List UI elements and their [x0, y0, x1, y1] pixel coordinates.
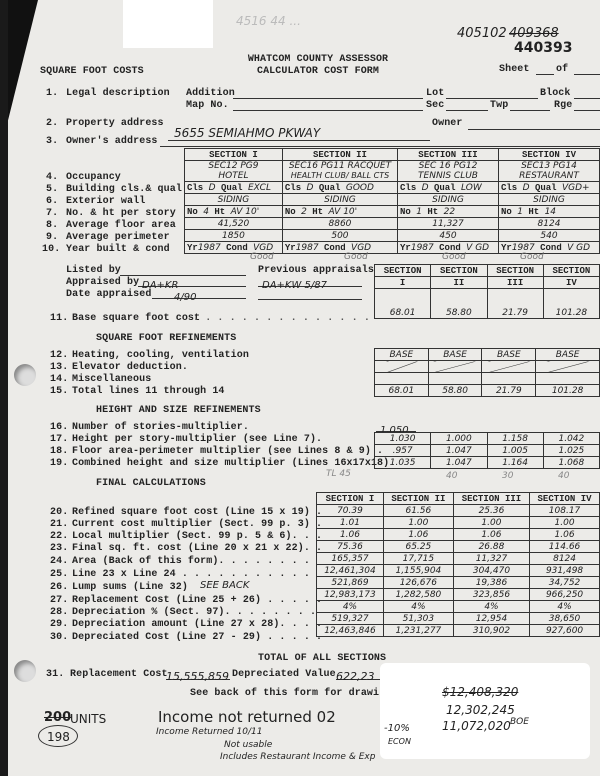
area-mult-cell-2[interactable]: 1.047: [431, 445, 487, 457]
form-title-line2: CALCULATOR COST FORM: [208, 66, 428, 77]
line-24-num: 24.: [50, 556, 68, 567]
final-calculations-table: SECTION I SECTION II SECTION III SECTION…: [316, 492, 600, 637]
perimeter-cell-3[interactable]: 450: [398, 230, 499, 242]
econ-adjustment: -10%: [384, 723, 410, 734]
final-cell[interactable]: 165,357: [317, 553, 384, 565]
height-size-title: HEIGHT AND SIZE REFINEMENTS: [96, 405, 261, 416]
binder-hole-icon: [14, 660, 36, 682]
area-mult-cell-3[interactable]: 1.005: [487, 445, 543, 457]
owner-label: Owner: [432, 118, 463, 129]
line-9-num: 9.: [46, 232, 58, 243]
property-address-field[interactable]: 5655 SEMIAHMO PKWAY: [168, 128, 430, 141]
final-cell[interactable]: 1.00: [383, 517, 453, 529]
total-cell-2[interactable]: 58.80: [428, 385, 482, 397]
base-sqft-cost-label: Base square foot cost: [72, 313, 200, 324]
occupancy-cell-2[interactable]: SEC16 PG11 RACQUETHEALTH CLUB/ BALL CTS: [282, 161, 397, 182]
depreciation-pct-label: Depreciation % (Sect. 97). . . . . . . .: [72, 607, 316, 618]
final-cell[interactable]: 12,463,846: [317, 625, 384, 637]
final-cell[interactable]: 61.56: [383, 505, 453, 517]
rge-field[interactable]: [574, 109, 600, 111]
previous-appraisals-field[interactable]: DA+KW 5/87: [258, 276, 362, 287]
sqft-header-top-4: SECTION: [543, 265, 599, 277]
base-cost-cell-2[interactable]: 58.80: [431, 289, 487, 319]
local-multiplier-label: Local multiplier (Sect. 99 p. 5 & 6). . …: [72, 531, 322, 542]
date-appraised-label: Date appraised: [66, 289, 151, 300]
total-cell-4[interactable]: 101.28: [536, 385, 600, 397]
addition-label: Addition: [186, 88, 235, 99]
section-4-header: SECTION IV: [499, 149, 600, 161]
stories-multiplier-label: Number of stories-multiplier.: [72, 422, 249, 433]
line-8-num: 8.: [46, 220, 58, 231]
final-header-1: SECTION I: [317, 493, 384, 505]
sqft-header-top-2: SECTION: [431, 265, 487, 277]
line-17-num: 17.: [50, 434, 68, 445]
exterior-wall-cell-3[interactable]: SIDING: [398, 194, 499, 206]
exterior-wall-cell-4[interactable]: SIDING: [499, 194, 600, 206]
year-built-label: Year built & cond: [66, 244, 170, 255]
twp-label: Twp: [490, 100, 508, 111]
area-mult-cell-1[interactable]: .957: [375, 445, 431, 457]
occupancy-cell-1[interactable]: SEC12 PG9HOTEL: [185, 161, 283, 182]
total-cell-3[interactable]: 21.79: [482, 385, 536, 397]
final-cell[interactable]: 51,303: [383, 613, 453, 625]
floor-area-cell-4[interactable]: 8124: [499, 218, 600, 230]
elevator-label: Elevator deduction.: [72, 362, 188, 373]
line-10-num: 10.: [42, 244, 60, 255]
value-boe: 11,072,020: [442, 719, 511, 733]
line-11-num: 11.: [50, 313, 68, 324]
final-cell[interactable]: 1,155,904: [383, 565, 453, 577]
line-31-num: 31.: [46, 669, 64, 680]
line-26-num: 26.: [50, 582, 68, 593]
sqft-header-bottom-2: II: [431, 277, 487, 289]
height-multiplier-label: Height per story-multiplier (see Line 7)…: [72, 434, 322, 445]
cond-annotation-3: Good: [442, 252, 466, 262]
block-field[interactable]: [574, 97, 600, 99]
assessor-form-page: 4516 44 ... 405102 409368 440393 WHATCOM…: [8, 0, 600, 776]
replacement-cost-label: Replacement Cost (Line 25 + 26) . . . . …: [72, 595, 322, 606]
line-21-num: 21.: [50, 519, 68, 530]
tl-annotation-4: 40: [558, 471, 569, 481]
line-29-num: 29.: [50, 619, 68, 630]
final-cell[interactable]: 4%: [530, 601, 600, 613]
account-number-struck: 409368: [509, 26, 559, 41]
line-23-num: 23.: [50, 543, 68, 554]
owner-address-label: Owner's address: [66, 136, 158, 147]
final-cell[interactable]: 1.06: [317, 529, 384, 541]
final-header-4: SECTION IV: [530, 493, 600, 505]
line-5-num: 5.: [46, 184, 58, 195]
final-cell[interactable]: 70.39: [317, 505, 384, 517]
perimeter-cell-2[interactable]: 500: [282, 230, 397, 242]
final-cell[interactable]: 1,231,277: [383, 625, 453, 637]
faint-note: 4516 44 ...: [236, 14, 301, 28]
listed-by-label: Listed by: [66, 265, 121, 276]
sqft-header-bottom-3: III: [487, 277, 543, 289]
line-27-num: 27.: [50, 595, 68, 606]
rge-label: Rge: [554, 100, 572, 111]
final-cell[interactable]: 1.00: [453, 517, 529, 529]
height-mult-cell-1[interactable]: 1.030: [375, 433, 431, 445]
final-cell[interactable]: 1,282,580: [383, 589, 453, 601]
hvac-cell-1[interactable]: BASE: [375, 349, 429, 361]
final-calculations-title: FINAL CALCULATIONS: [96, 478, 206, 489]
combined-mult-cell-2[interactable]: 1.047: [431, 457, 487, 469]
final-header-3: SECTION III: [453, 493, 529, 505]
form-title-line1: WHATCOM COUNTY ASSESSOR: [208, 54, 428, 65]
floor-area-label: Average floor area: [66, 220, 176, 231]
income-note-line3: Not usable: [224, 740, 272, 750]
income-note-line2: Income Returned 10/11: [156, 727, 262, 737]
map-no-field[interactable]: [233, 109, 423, 111]
final-cell[interactable]: 1.00: [530, 517, 600, 529]
line-1-num: 1.: [46, 88, 58, 99]
elevator-cell-2[interactable]: [428, 361, 482, 373]
line-28-num: 28.: [50, 607, 68, 618]
final-cell[interactable]: 1.06: [453, 529, 529, 541]
height-mult-cell-3[interactable]: 1.158: [487, 433, 543, 445]
property-address-label: Property address: [66, 118, 164, 129]
final-cell[interactable]: 966,250: [530, 589, 600, 601]
line-16-num: 16.: [50, 422, 68, 433]
line-15-num: 15.: [50, 386, 68, 397]
final-cell[interactable]: 1.06: [383, 529, 453, 541]
sheet-field[interactable]: [536, 73, 554, 75]
misc-cell-3[interactable]: [482, 373, 536, 385]
hvac-cell-2[interactable]: BASE: [428, 349, 482, 361]
final-cell[interactable]: 26.88: [453, 541, 529, 553]
exterior-wall-cell-1[interactable]: SIDING: [185, 194, 283, 206]
final-cell[interactable]: 521,869: [317, 577, 384, 589]
tl-annotation-1: TL 45: [326, 469, 351, 479]
height-mult-cell-2[interactable]: 1.000: [431, 433, 487, 445]
stories-label: No. & ht per story: [66, 208, 176, 219]
line-25-num: 25.: [50, 569, 68, 580]
left-header-label: SQUARE FOOT COSTS: [40, 66, 144, 77]
sqft-table: SECTION SECTION SECTION SECTION I II III…: [374, 264, 600, 319]
previous-appraisals-field-2[interactable]: [258, 298, 362, 300]
lump-sums-label: Lump sums (Line 32): [72, 582, 188, 593]
owner-address-field[interactable]: [160, 145, 600, 147]
account-number-current: 405102: [457, 26, 507, 41]
misc-cell-1[interactable]: [375, 373, 429, 385]
lot-field[interactable]: [446, 97, 538, 99]
line-22-num: 22.: [50, 531, 68, 542]
account-number-new: 440393: [514, 40, 572, 56]
refinements-table: BASE BASE BASE BASE 68.01 58.80 21.79 10…: [374, 348, 600, 397]
final-cell[interactable]: 1.01: [317, 517, 384, 529]
year-cond-cell-2[interactable]: Yr1987 Cond VGD: [282, 242, 397, 254]
addition-field[interactable]: [233, 97, 423, 99]
value-revised: 12,302,245: [446, 703, 515, 717]
depreciation-amount-label: Depreciation amount (Line 27 x 28). . . …: [72, 619, 322, 630]
hvac-cell-4[interactable]: BASE: [536, 349, 600, 361]
tl-annotation-3: 30: [502, 471, 513, 481]
total-cell-1[interactable]: 68.01: [375, 385, 429, 397]
sheet-label: Sheet: [499, 64, 530, 75]
section-3-header: SECTION III: [398, 149, 499, 161]
combined-mult-cell-3[interactable]: 1.164: [487, 457, 543, 469]
sticky-note: $12,408,320 12,302,245 11,072,020 BOE -1…: [380, 663, 590, 759]
sec-label: Sec: [426, 100, 444, 111]
value-struck: $12,408,320: [442, 685, 518, 699]
final-cell[interactable]: 8124: [530, 553, 600, 565]
cond-annotation-4: Good: [520, 252, 544, 262]
elevator-cell-3[interactable]: [482, 361, 536, 373]
occupancy-label: Occupancy: [66, 172, 121, 183]
sqft-refinements-title: SQUARE FOOT REFINEMENTS: [96, 333, 236, 344]
final-cell[interactable]: 65.25: [383, 541, 453, 553]
date-appraised-field[interactable]: 4/90: [152, 288, 246, 299]
final-sqft-cost-label: Final sq. ft. cost (Line 20 x 21 x 22). …: [72, 543, 322, 554]
line-14-num: 14.: [50, 374, 68, 385]
legal-description-label: Legal description: [66, 88, 170, 99]
units-label: UNITS: [70, 712, 106, 726]
units-struck: 200: [44, 710, 71, 725]
sqft-header-top-3: SECTION: [487, 265, 543, 277]
final-cell[interactable]: 25.36: [453, 505, 529, 517]
units-circled: 198: [38, 725, 78, 747]
misc-cell-4[interactable]: [536, 373, 600, 385]
elevator-cell-1[interactable]: [375, 361, 429, 373]
final-cell[interactable]: 323,856: [453, 589, 529, 601]
current-cost-multiplier-label: Current cost multiplier (Sect. 99 p. 3) …: [72, 519, 322, 530]
final-cell[interactable]: 12,461,304: [317, 565, 384, 577]
misc-label: Miscellaneous: [72, 374, 151, 385]
block-label: Block: [540, 88, 571, 99]
sqft-header-bottom-1: I: [375, 277, 431, 289]
total-11-14-label: Total lines 11 through 14: [72, 386, 225, 397]
final-cell[interactable]: 304,470: [453, 565, 529, 577]
boe-label: BOE: [510, 717, 529, 727]
final-cell[interactable]: 310,902: [453, 625, 529, 637]
owner-field[interactable]: [468, 128, 600, 130]
sec-field[interactable]: [446, 109, 488, 111]
final-cell[interactable]: 4%: [317, 601, 384, 613]
occupancy-cell-4[interactable]: SEC13 PG14RESTAURANT: [499, 161, 600, 182]
area-mult-cell-4[interactable]: 1.025: [543, 445, 599, 457]
floor-area-cell-3[interactable]: 11,327: [398, 218, 499, 230]
appraised-by-field[interactable]: DA+KR: [138, 276, 246, 287]
class-qual-cell-3[interactable]: Cls D Qual LOW: [398, 182, 499, 194]
stories-cell-1[interactable]: No 4 Ht AV 10': [185, 206, 283, 218]
replacement-cost-total-label: Replacement Cost: [70, 669, 168, 680]
stories-cell-4[interactable]: No 1 Ht 14: [499, 206, 600, 218]
sections-table: SECTION I SECTION II SECTION III SECTION…: [184, 148, 600, 254]
line-13-num: 13.: [50, 362, 68, 373]
final-cell[interactable]: 38,650: [530, 613, 600, 625]
final-cell[interactable]: 4%: [453, 601, 529, 613]
combined-mult-cell-4[interactable]: 1.068: [543, 457, 599, 469]
height-size-table: 1.030 1.000 1.158 1.042 .957 1.047 1.005…: [374, 432, 600, 469]
total-all-sections-title: TOTAL OF ALL SECTIONS: [258, 653, 386, 664]
final-cell[interactable]: 126,676: [383, 577, 453, 589]
final-cell[interactable]: 19,386: [453, 577, 529, 589]
height-mult-cell-4[interactable]: 1.042: [543, 433, 599, 445]
perimeter-cell-1[interactable]: 1850: [185, 230, 283, 242]
stories-cell-2[interactable]: No 2 Ht AV 10': [282, 206, 397, 218]
appraised-by-label: Appraised by: [66, 277, 139, 288]
section-1-header: SECTION I: [185, 149, 283, 161]
final-cell[interactable]: 34,752: [530, 577, 600, 589]
class-qual-cell-1[interactable]: Cls D Qual EXCL: [185, 182, 283, 194]
line-4-num: 4.: [46, 172, 58, 183]
lot-label: Lot: [426, 88, 444, 99]
binder-hole-icon: [14, 364, 36, 386]
cond-annotation-1: Good: [250, 252, 274, 262]
final-cell[interactable]: 75.36: [317, 541, 384, 553]
elevator-cell-4[interactable]: [536, 361, 600, 373]
final-cell[interactable]: 927,600: [530, 625, 600, 637]
line-12-num: 12.: [50, 350, 68, 361]
line-7-num: 7.: [46, 208, 58, 219]
year-cond-cell-4[interactable]: Yr1987 Cond V GD: [499, 242, 600, 254]
line-18-num: 18.: [50, 446, 68, 457]
occupancy-cell-3[interactable]: SEC 16 PG12TENNIS CLUB: [398, 161, 499, 182]
building-class-label: Building cls.& qual: [66, 184, 182, 195]
base-cost-cell-3[interactable]: 21.79: [487, 289, 543, 319]
of-field[interactable]: [574, 73, 600, 75]
floor-area-cell-1[interactable]: 41,520: [185, 218, 283, 230]
base-cost-cell-4[interactable]: 101.28: [543, 289, 599, 319]
section-2-header: SECTION II: [282, 149, 397, 161]
final-header-2: SECTION II: [383, 493, 453, 505]
sqft-header-top-1: SECTION: [375, 265, 431, 277]
final-cell[interactable]: 1.06: [530, 529, 600, 541]
final-cell[interactable]: 17,715: [383, 553, 453, 565]
misc-cell-2[interactable]: [428, 373, 482, 385]
base-cost-cell-1[interactable]: 68.01: [375, 289, 431, 319]
dot-leader: . . . . . . . . . . . . . . .: [193, 313, 370, 324]
depreciated-value-field[interactable]: 622,23: [336, 667, 384, 680]
line23x24-label: Line 23 x Line 24 . . . . . . . . . . .: [72, 569, 310, 580]
line-6-num: 6.: [46, 196, 58, 207]
econ-label: ECON: [388, 737, 411, 746]
stories-multiplier-field[interactable]: 1.050: [376, 420, 416, 432]
cond-annotation-2: Good: [344, 252, 368, 262]
line-3-num: 3.: [46, 136, 58, 147]
tl-annotation-2: 40: [446, 471, 457, 481]
exterior-wall-label: Exterior wall: [66, 196, 145, 207]
line-19-num: 19.: [50, 458, 68, 469]
hvac-cell-3[interactable]: BASE: [482, 349, 536, 361]
final-cell[interactable]: 519,327: [317, 613, 384, 625]
line-20-num: 20.: [50, 507, 68, 518]
area-perimeter-multiplier-label: Floor area-perimeter multiplier (see Lin…: [72, 446, 383, 457]
see-back-drawing-text: See back of this form for drawi: [190, 688, 379, 699]
replacement-cost-total-field[interactable]: 15,555,859: [166, 667, 230, 680]
refined-sqft-cost-label: Refined square foot cost (Line 15 x 19) …: [72, 507, 322, 518]
line-2-num: 2.: [46, 118, 58, 129]
hvac-label: Heating, cooling, ventilation: [72, 350, 249, 361]
stories-cell-3[interactable]: No 1 Ht 22: [398, 206, 499, 218]
floor-area-cell-2[interactable]: 8860: [282, 218, 397, 230]
final-cell[interactable]: 12,983,173: [317, 589, 384, 601]
exterior-wall-cell-2[interactable]: SIDING: [282, 194, 397, 206]
class-qual-cell-2[interactable]: Cls D Qual GOOD: [282, 182, 397, 194]
previous-appraisals-label: Previous appraisals: [258, 265, 374, 276]
combined-multiplier-label: Combined height and size multiplier (Lin…: [72, 458, 389, 469]
class-qual-cell-4[interactable]: Cls D Qual VGD+: [499, 182, 600, 194]
area-label: Area (Back of this form). . . . . . . .: [72, 556, 310, 567]
income-note-line1: Income not returned 02: [158, 708, 336, 726]
see-back-note: SEE BACK: [200, 580, 249, 591]
perimeter-label: Average perimeter: [66, 232, 170, 243]
final-cell[interactable]: 114.66: [530, 541, 600, 553]
final-cell[interactable]: 931,498: [530, 565, 600, 577]
perimeter-cell-4[interactable]: 540: [499, 230, 600, 242]
final-cell[interactable]: 11,327: [453, 553, 529, 565]
of-label: of: [556, 64, 568, 75]
depreciated-cost-label: Depreciated Cost (Line 27 - 29) . . . . …: [72, 632, 322, 643]
map-no-label: Map No.: [186, 100, 229, 111]
final-cell[interactable]: 4%: [383, 601, 453, 613]
depreciated-value-label: Depreciated Value: [232, 669, 336, 680]
combined-mult-cell-1[interactable]: 1.035: [375, 457, 431, 469]
final-cell[interactable]: 12,954: [453, 613, 529, 625]
twp-field[interactable]: [510, 109, 550, 111]
property-address-value: 5655 SEMIAHMO PKWAY: [174, 126, 320, 140]
line-30-num: 30.: [50, 632, 68, 643]
sqft-header-bottom-4: IV: [543, 277, 599, 289]
final-cell[interactable]: 108.17: [530, 505, 600, 517]
redacted-box: [123, 0, 213, 48]
income-note-line4: Includes Restaurant Income & Exp: [220, 752, 375, 762]
